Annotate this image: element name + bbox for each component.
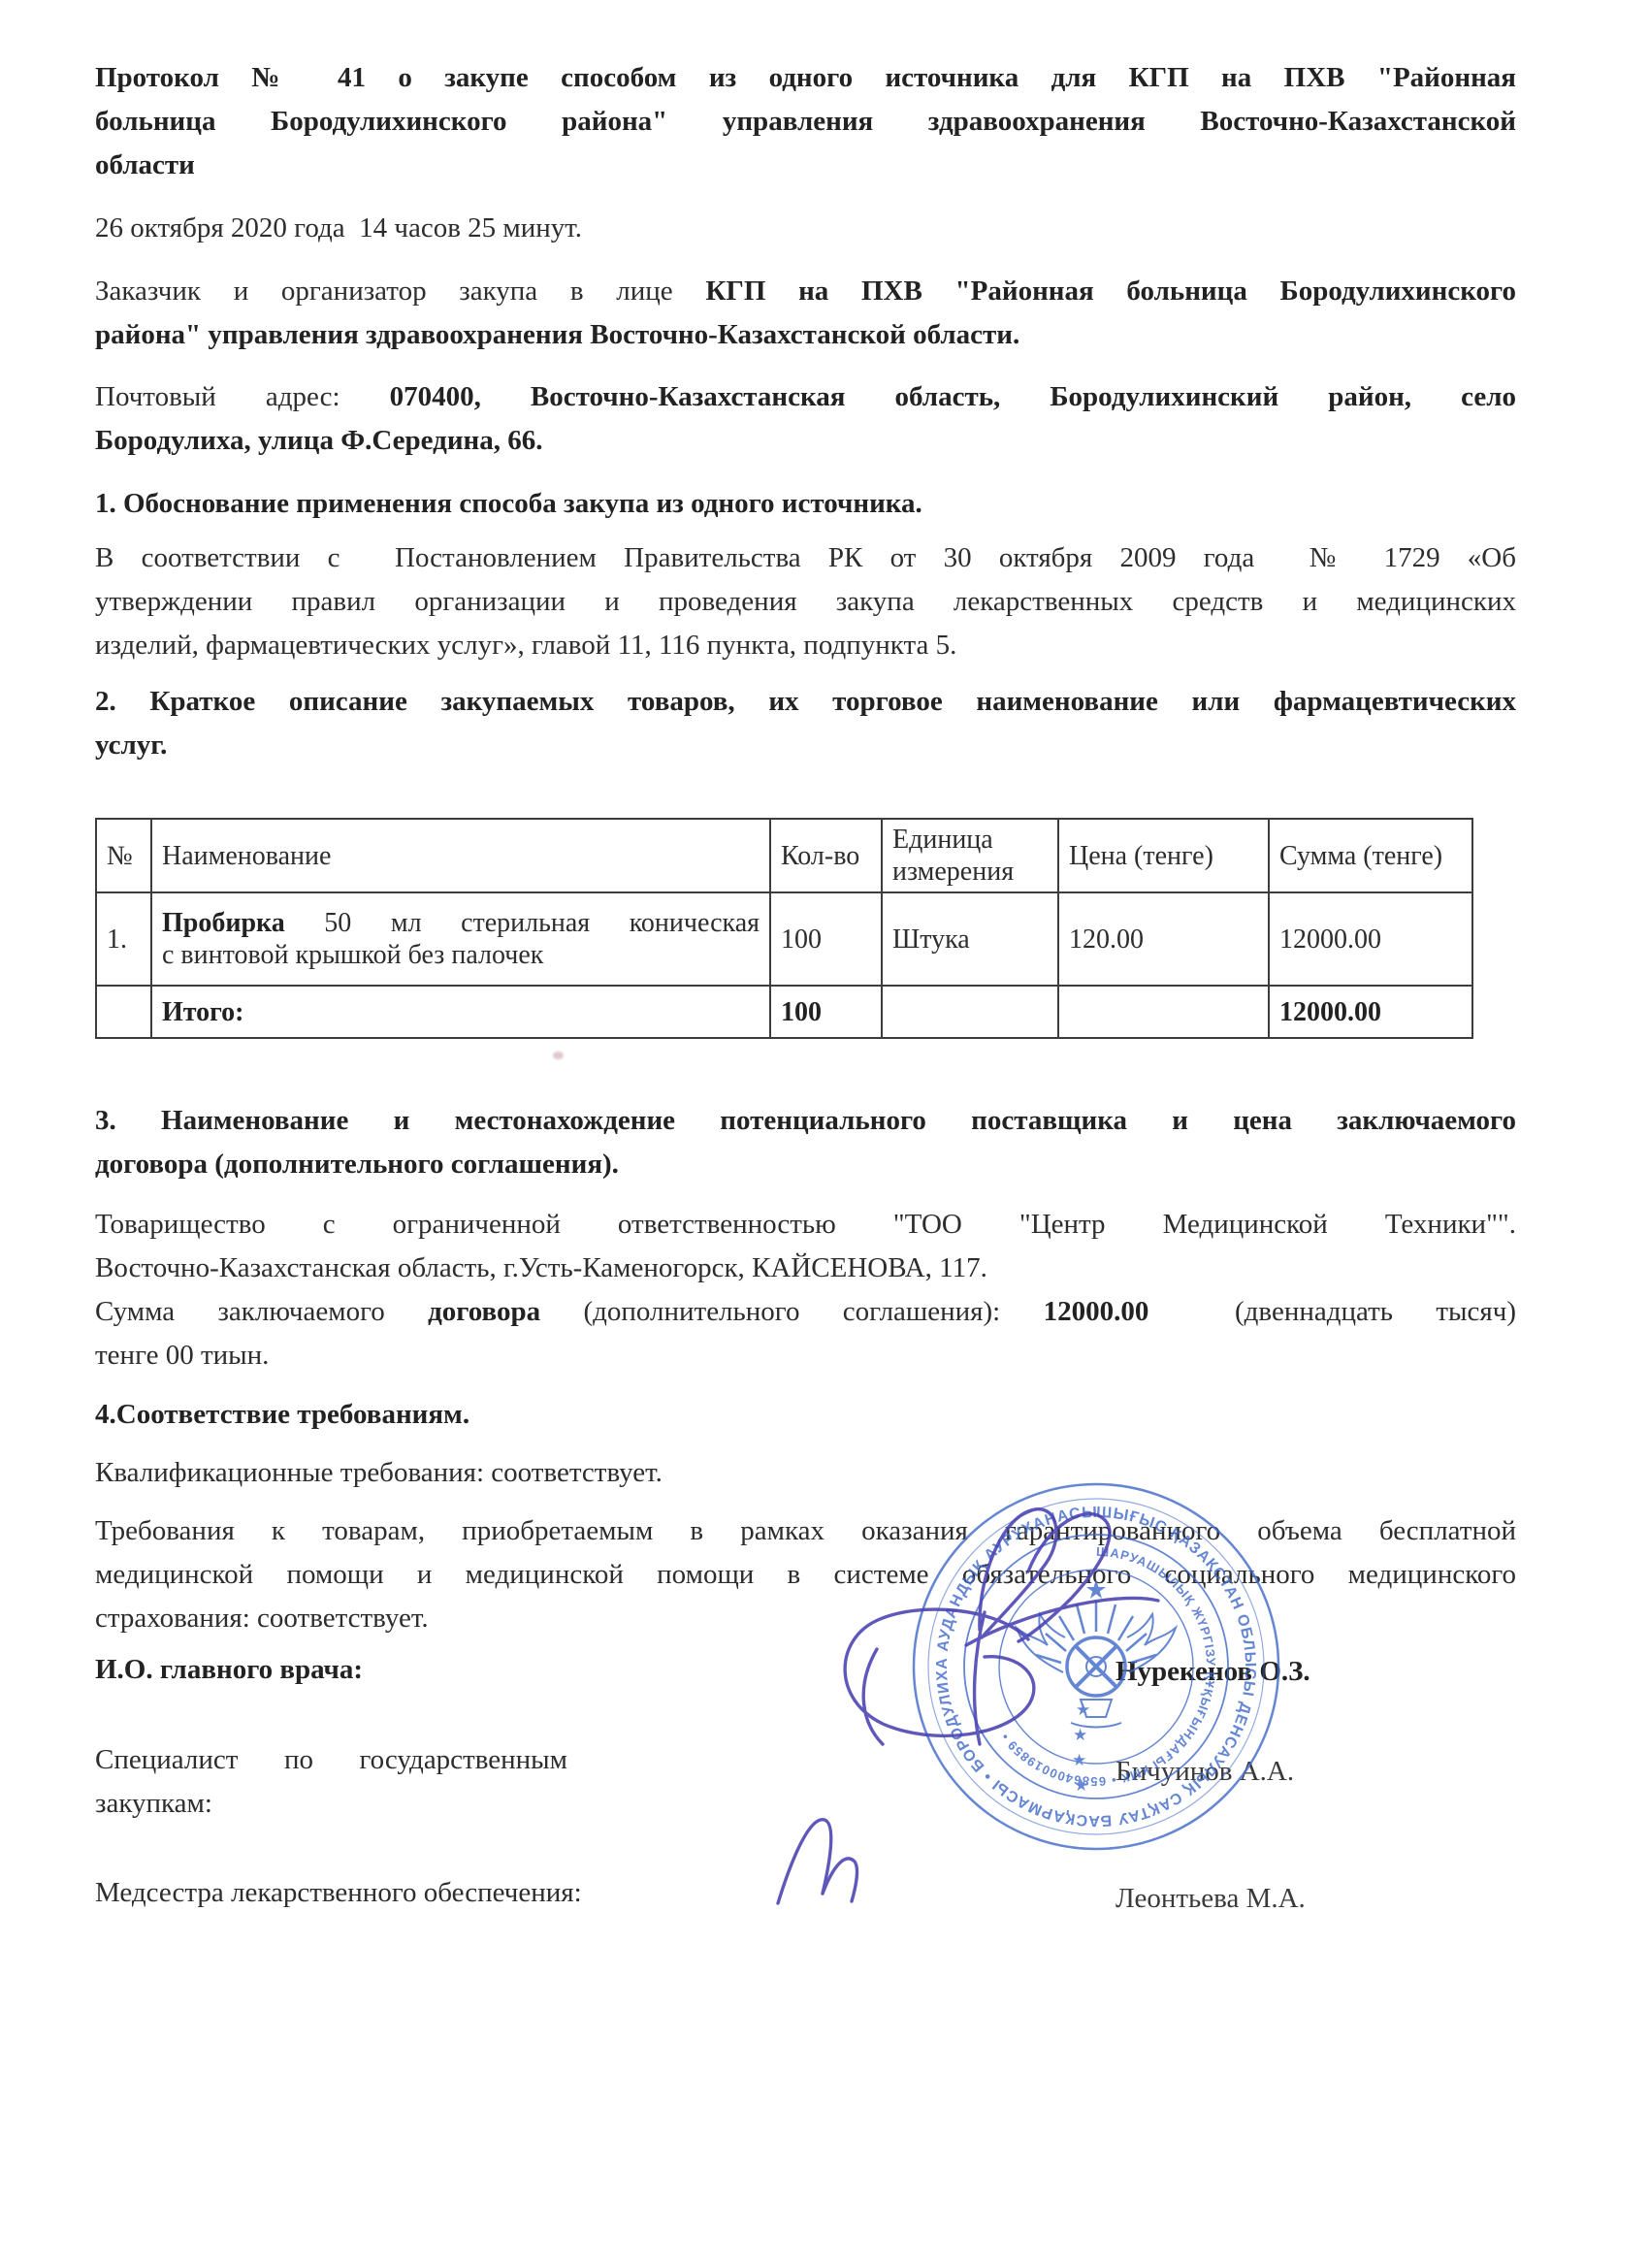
section3-heading: 3. Наименование и местонахождение потенц… xyxy=(95,1099,1516,1186)
cell-item-name: Пробирка 50 мл стерильная коническаяс ви… xyxy=(151,892,770,986)
scan-speck-artifact xyxy=(553,1052,564,1059)
section2-heading: 2. Краткое описание закупаемых товаров, … xyxy=(95,680,1516,767)
cell-total-sum: 12000.00 xyxy=(1269,986,1472,1038)
signature-name-nurse: Леонтьева М.А. xyxy=(1115,1877,1306,1921)
section1-body: В соответствии с Постановлением Правител… xyxy=(95,536,1516,667)
cell-total-label: Итого: xyxy=(151,986,770,1038)
col-header-price: Цена (тенге) xyxy=(1058,819,1269,892)
cell-unit: Штука xyxy=(882,892,1058,986)
col-header-unit: Единицаизмерения xyxy=(882,819,1058,892)
cell-sum: 12000.00 xyxy=(1269,892,1472,986)
cell-qty: 100 xyxy=(770,892,882,986)
cell-total-unit-blank xyxy=(882,986,1058,1038)
col-header-number: № xyxy=(96,819,151,892)
signature-label-nurse: Медсестра лекарственного обеспечения: xyxy=(95,1877,582,1908)
date-time-line: 26 октября 2020 года 14 часов 25 минут. xyxy=(95,207,1516,250)
section3-supplier: Товарищество с ограниченной ответственно… xyxy=(95,1203,1516,1290)
col-header-sum: Сумма (тенге) xyxy=(1269,819,1472,892)
signature-label-chief-doctor: И.О. главного врача: xyxy=(95,1654,363,1685)
cell-price: 120.00 xyxy=(1058,892,1269,986)
signature-row-chief-doctor: И.О. главного врача: Нурекенов О.З. xyxy=(95,1648,1516,1692)
table-total-row: Итого: 100 12000.00 xyxy=(96,986,1472,1038)
cell-total-price-blank xyxy=(1058,986,1269,1038)
scanned-protocol-document: Протокол № 41 о закупе способом из одног… xyxy=(0,0,1649,2268)
col-header-qty: Кол-во xyxy=(770,819,882,892)
qualification-line: Квалификационные требования: соответству… xyxy=(95,1451,1516,1495)
items-table-wrapper: № Наименование Кол-во Единицаизмерения Ц… xyxy=(95,818,1516,1039)
signature-name-chief-doctor: Нурекенов О.З. xyxy=(1115,1650,1310,1694)
signature-row-procurement-specialist: Специалист по государственнымзакупкам: Б… xyxy=(95,1738,1516,1826)
cell-total-blank xyxy=(96,986,151,1038)
signature-label-procurement-specialist: Специалист по государственнымзакупкам: xyxy=(95,1738,567,1826)
cell-number: 1. xyxy=(96,892,151,986)
postal-address-paragraph: Почтовый адрес: 070400, Восточно-Казахст… xyxy=(95,375,1516,463)
items-table: № Наименование Кол-во Единицаизмерения Ц… xyxy=(95,818,1473,1039)
section3-contract-sum: Сумма заключаемого договора (дополнитель… xyxy=(95,1290,1516,1377)
table-header-row: № Наименование Кол-во Единицаизмерения Ц… xyxy=(96,819,1472,892)
requirements-paragraph: Требования к товарам, приобретаемым в ра… xyxy=(95,1509,1516,1640)
signature-name-procurement-specialist: Бичуинов А.А. xyxy=(1115,1750,1294,1794)
signature-row-nurse: Медсестра лекарственного обеспечения: Ле… xyxy=(95,1871,1516,1915)
customer-paragraph: Заказчик и организатор закупа в лице КГП… xyxy=(95,270,1516,357)
table-row: 1. Пробирка 50 мл стерильная коническаяс… xyxy=(96,892,1472,986)
section4-heading: 4.Соответствие требованиям. xyxy=(95,1393,1516,1437)
document-title: Протокол № 41 о закупе способом из одног… xyxy=(95,56,1516,187)
document-content: Протокол № 41 о закупе способом из одног… xyxy=(95,0,1516,1915)
cell-total-qty: 100 xyxy=(770,986,882,1038)
section1-heading: 1. Обоснование применения способа закупа… xyxy=(95,482,1516,526)
col-header-name: Наименование xyxy=(151,819,770,892)
